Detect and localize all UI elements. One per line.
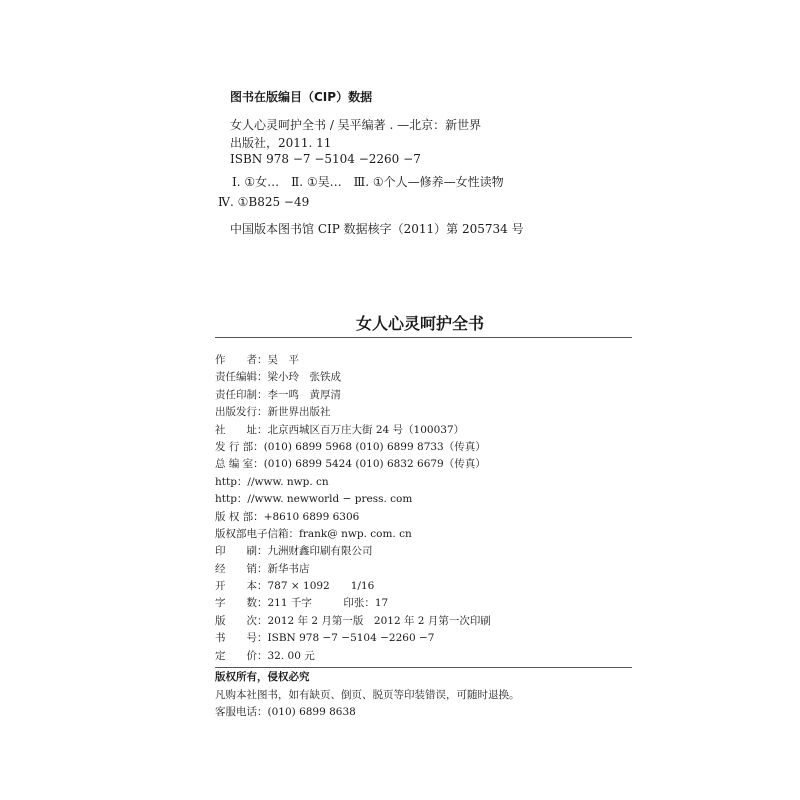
detail-label: 发 行 部： bbox=[215, 439, 264, 456]
detail-value: 九洲财鑫印刷有限公司 bbox=[268, 545, 373, 557]
detail-row: 作 者：吴 平 bbox=[215, 352, 491, 369]
detail-value: (010) 6899 5424 (010) 6832 6679（传真） bbox=[264, 458, 486, 470]
book-title: 女人心灵呵护全书 bbox=[0, 311, 800, 334]
detail-label: 总 编 室： bbox=[215, 456, 264, 473]
cip-line: 女人心灵呵护全书 / 吴平编著 . —北京：新世界 bbox=[230, 116, 481, 133]
detail-label: 版 次： bbox=[215, 613, 268, 630]
cip-line: Ⅰ. ①女… Ⅱ. ①吴… Ⅲ. ①个人—修养—女性读物 bbox=[232, 173, 504, 190]
detail-value: frank@ nwp. com. cn bbox=[299, 528, 412, 540]
cip-line: ISBN 978 −7 −5104 −2260 −7 bbox=[230, 152, 421, 166]
detail-label: 版 权 部： bbox=[215, 509, 264, 526]
footer: 版权所有，侵权必究 凡购本社图书，如有缺页、倒页、脱页等印装错误，可随时退换。 … bbox=[215, 669, 520, 722]
detail-label: 出版发行： bbox=[215, 404, 268, 421]
detail-value: 梁小玲 张铁成 bbox=[268, 371, 342, 383]
cip-line: 中国版本图书馆 CIP 数据核字（2011）第 205734 号 bbox=[230, 220, 524, 237]
detail-label: 定 价： bbox=[215, 648, 268, 665]
detail-value: (010) 6899 5968 (010) 6899 8733（传真） bbox=[264, 441, 486, 453]
detail-label: 印 刷： bbox=[215, 543, 268, 560]
footer-divider bbox=[215, 667, 632, 668]
detail-row: 版权部电子信箱：frank@ nwp. com. cn bbox=[215, 526, 491, 543]
rights-statement: 版权所有，侵权必究 bbox=[215, 669, 520, 687]
cip-line: 出版社，2011. 11 bbox=[230, 134, 331, 151]
detail-value: 787 × 1092 1/16 bbox=[268, 580, 375, 592]
detail-label: 责任编辑： bbox=[215, 369, 268, 386]
detail-row: 责任编辑：梁小玲 张铁成 bbox=[215, 369, 491, 386]
detail-row: 社 址：北京西城区百万庄大街 24 号（100037） bbox=[215, 422, 491, 439]
detail-value: 新华书店 bbox=[268, 563, 310, 575]
detail-row: 出版发行：新世界出版社 bbox=[215, 404, 491, 421]
detail-row: 总 编 室：(010) 6899 5424 (010) 6832 6679（传真… bbox=[215, 456, 491, 473]
detail-value: 新世界出版社 bbox=[268, 406, 331, 418]
detail-label: 字 数： bbox=[215, 595, 268, 612]
detail-row: 发 行 部：(010) 6899 5968 (010) 6899 8733（传真… bbox=[215, 439, 491, 456]
detail-row: http：//www. newworld − press. com bbox=[215, 491, 491, 508]
detail-value: http：//www. nwp. cn bbox=[215, 476, 329, 488]
detail-value: 吴 平 bbox=[268, 354, 300, 366]
detail-row: 书 号：ISBN 978 −7 −5104 −2260 −7 bbox=[215, 630, 491, 647]
detail-row: 版 权 部：+8610 6899 6306 bbox=[215, 509, 491, 526]
detail-row: 印 刷：九洲财鑫印刷有限公司 bbox=[215, 543, 491, 560]
return-notice: 凡购本社图书，如有缺页、倒页、脱页等印装错误，可随时退换。 bbox=[215, 687, 520, 705]
detail-value: 李一鸣 黄厚清 bbox=[268, 389, 342, 401]
service-phone: 客服电话：(010) 6899 8638 bbox=[215, 704, 520, 722]
cip-heading: 图书在版编目（CIP）数据 bbox=[230, 88, 372, 105]
detail-label: 经 销： bbox=[215, 561, 268, 578]
detail-label: 开 本： bbox=[215, 578, 268, 595]
detail-value: 211 千字 印张：17 bbox=[268, 597, 389, 609]
detail-row: 定 价：32. 00 元 bbox=[215, 648, 491, 665]
detail-label: 书 号： bbox=[215, 630, 268, 647]
detail-row: 开 本：787 × 1092 1/16 bbox=[215, 578, 491, 595]
detail-row: http：//www. nwp. cn bbox=[215, 474, 491, 491]
detail-label: 社 址： bbox=[215, 422, 268, 439]
detail-value: +8610 6899 6306 bbox=[264, 511, 360, 523]
detail-value: ISBN 978 −7 −5104 −2260 −7 bbox=[268, 632, 435, 644]
detail-value: 32. 00 元 bbox=[268, 650, 315, 662]
detail-value: http：//www. newworld − press. com bbox=[215, 493, 412, 505]
detail-row: 字 数：211 千字 印张：17 bbox=[215, 595, 491, 612]
detail-label: 版权部电子信箱： bbox=[215, 526, 299, 543]
detail-row: 责任印制：李一鸣 黄厚清 bbox=[215, 387, 491, 404]
detail-row: 经 销：新华书店 bbox=[215, 561, 491, 578]
title-divider bbox=[215, 337, 632, 338]
detail-label: 责任印制： bbox=[215, 387, 268, 404]
detail-value: 2012 年 2 月第一版 2012 年 2 月第一次印刷 bbox=[268, 615, 491, 627]
cip-line: Ⅳ. ①B825 −49 bbox=[218, 195, 309, 209]
detail-label: 作 者： bbox=[215, 352, 268, 369]
publication-details: 作 者：吴 平责任编辑：梁小玲 张铁成责任印制：李一鸣 黄厚清出版发行：新世界出… bbox=[215, 352, 491, 665]
detail-row: 版 次：2012 年 2 月第一版 2012 年 2 月第一次印刷 bbox=[215, 613, 491, 630]
detail-value: 北京西城区百万庄大街 24 号（100037） bbox=[268, 424, 465, 436]
